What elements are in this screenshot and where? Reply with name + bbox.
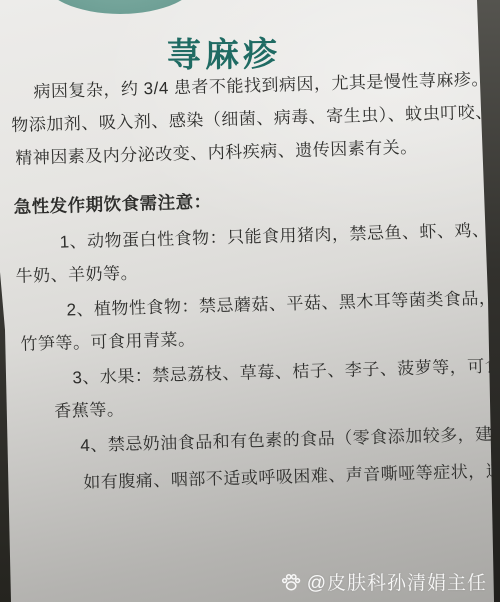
watermark-text: @皮肤科孙清娟主任 bbox=[307, 568, 487, 595]
diet-item-3: 3、水果：禁忌荔枝、草莓、桔子、李子、菠萝等，可食用苹果、梨、西瓜、 香蕉等。 bbox=[18, 350, 484, 429]
poster-body: 病因复杂，约 3/4 患者不能找到病因，尤其是慢性荨麻疹。可能与食物及食 物添加… bbox=[10, 63, 486, 501]
intro-paragraph: 病因复杂，约 3/4 患者不能找到病因，尤其是慢性荨麻疹。可能与食物及食 物添加… bbox=[10, 63, 477, 175]
watermark: @皮肤科孙清娟主任 bbox=[281, 568, 487, 595]
teal-ellipse-decor bbox=[42, 0, 198, 14]
diet-item-2: 2、植物性食物：禁忌蘑菇、平菇、黑木耳等菌类食品，禁忌茄子、番茄、 竹笋等。可食… bbox=[16, 282, 482, 361]
paw-icon bbox=[281, 572, 301, 592]
poster-photo: 荨麻疹 病因复杂，约 3/4 患者不能找到病因，尤其是慢性荨麻疹。可能与食物及食… bbox=[0, 0, 500, 602]
diet-item-1: 1、动物蛋白性食物：只能食用猪肉，禁忌鱼、虾、鸡、鸭、牛、羊、鸡蛋、 牛奶、羊奶… bbox=[14, 214, 480, 293]
